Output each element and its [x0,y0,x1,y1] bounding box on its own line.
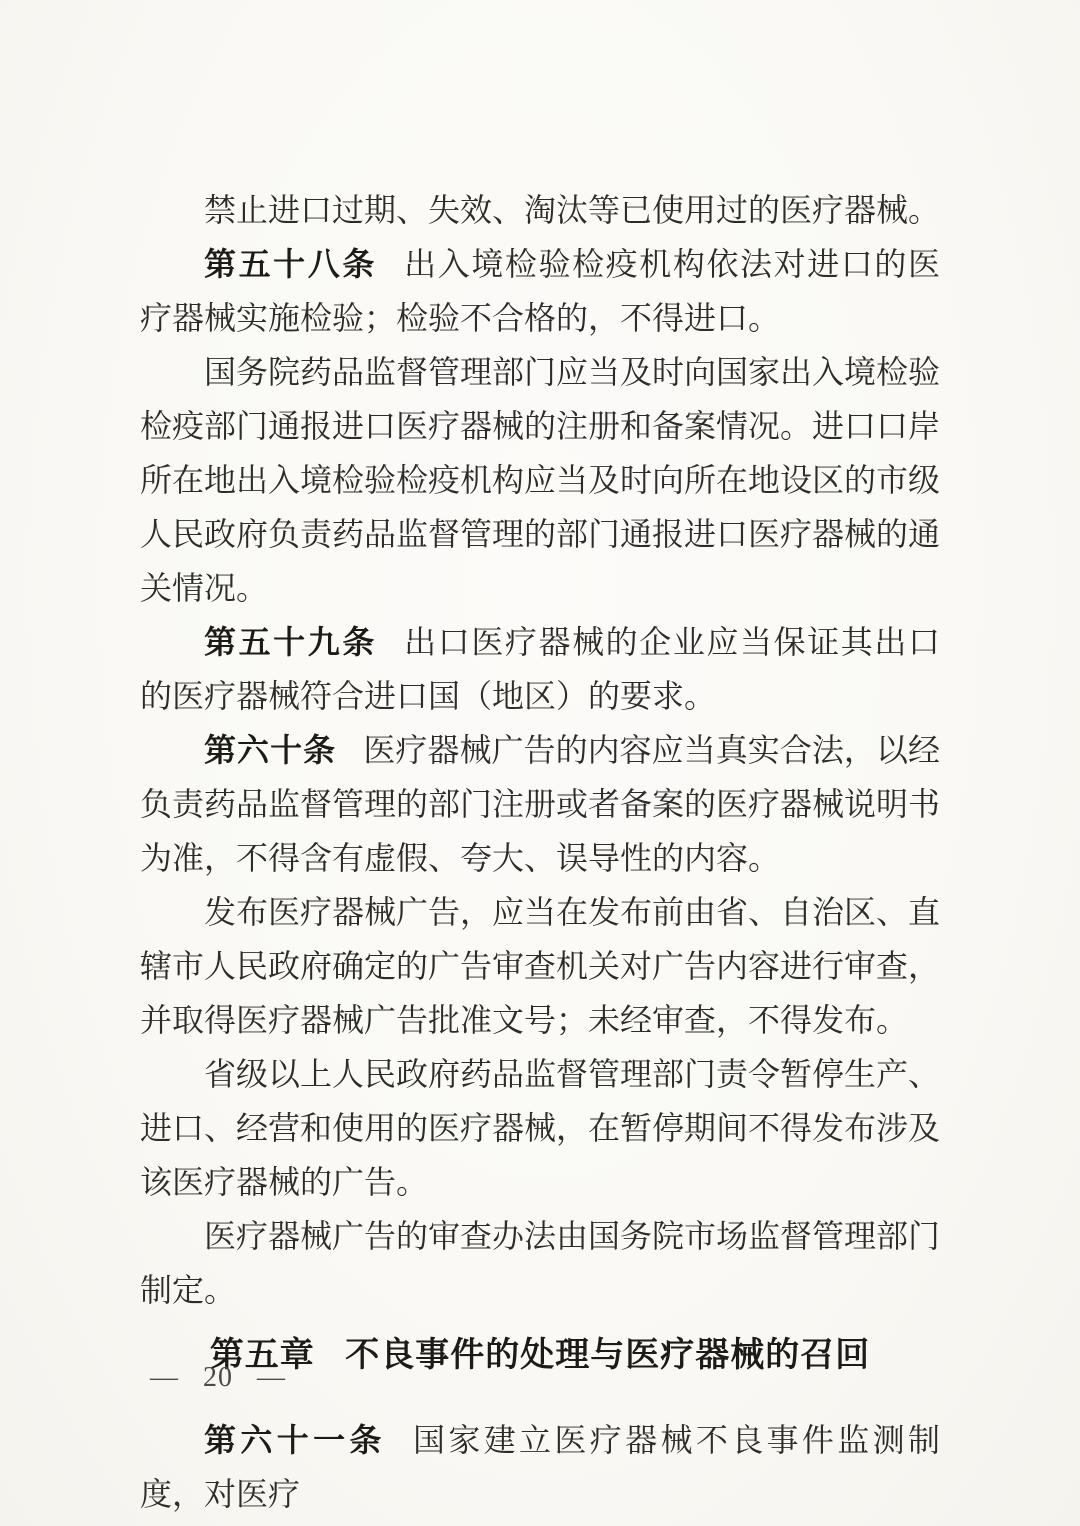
paragraph-text: 禁止进口过期、失效、淘汰等已使用过的医疗器械。 [204,192,940,228]
article-number: 第五十八条 [204,246,377,282]
article-number: 第六十条 [204,732,336,768]
chapter-title: 不良事件的处理与医疗器械的召回 [345,1336,870,1374]
paragraph: 医疗器械广告的审查办法由国务院市场监督管理部门制定。 [140,1209,940,1317]
document-page: 禁止进口过期、失效、淘汰等已使用过的医疗器械。第五十八条出入境检验检疫机构依法对… [0,0,1080,1526]
paragraph-text: 发布医疗器械广告，应当在发布前由省、自治区、直辖市人民政府确定的广告审查机关对广… [140,894,940,1038]
paragraph-text: 省级以上人民政府药品监督管理部门责令暂停生产、进口、经营和使用的医疗器械，在暂停… [140,1056,940,1200]
paragraph: 第五十八条出入境检验检疫机构依法对进口的医疗器械实施检验；检验不合格的，不得进口… [140,237,940,345]
article-number: 第六十一条 [204,1422,386,1458]
paragraph: 省级以上人民政府药品监督管理部门责令暂停生产、进口、经营和使用的医疗器械，在暂停… [140,1047,940,1209]
paragraph-text: 国务院药品监督管理部门应当及时向国家出入境检验检疫部门通报进口医疗器械的注册和备… [140,354,940,606]
page-number: — 20 — [150,1352,286,1404]
paragraph: 第六十条医疗器械广告的内容应当真实合法，以经负责药品监督管理的部门注册或者备案的… [140,723,940,885]
paragraph: 国务院药品监督管理部门应当及时向国家出入境检验检疫部门通报进口医疗器械的注册和备… [140,345,940,615]
paragraph-text: 医疗器械广告的审查办法由国务院市场监督管理部门制定。 [140,1218,940,1308]
paragraph: 禁止进口过期、失效、淘汰等已使用过的医疗器械。 [140,183,940,237]
paragraph: 发布医疗器械广告，应当在发布前由省、自治区、直辖市人民政府确定的广告审查机关对广… [140,885,940,1047]
article-number: 第五十九条 [204,624,377,660]
paragraph: 第五十九条出口医疗器械的企业应当保证其出口的医疗器械符合进口国（地区）的要求。 [140,615,940,723]
document-body: 禁止进口过期、失效、淘汰等已使用过的医疗器械。第五十八条出入境检验检疫机构依法对… [140,183,940,1521]
paragraph: 第六十一条国家建立医疗器械不良事件监测制度，对医疗 [140,1413,940,1521]
